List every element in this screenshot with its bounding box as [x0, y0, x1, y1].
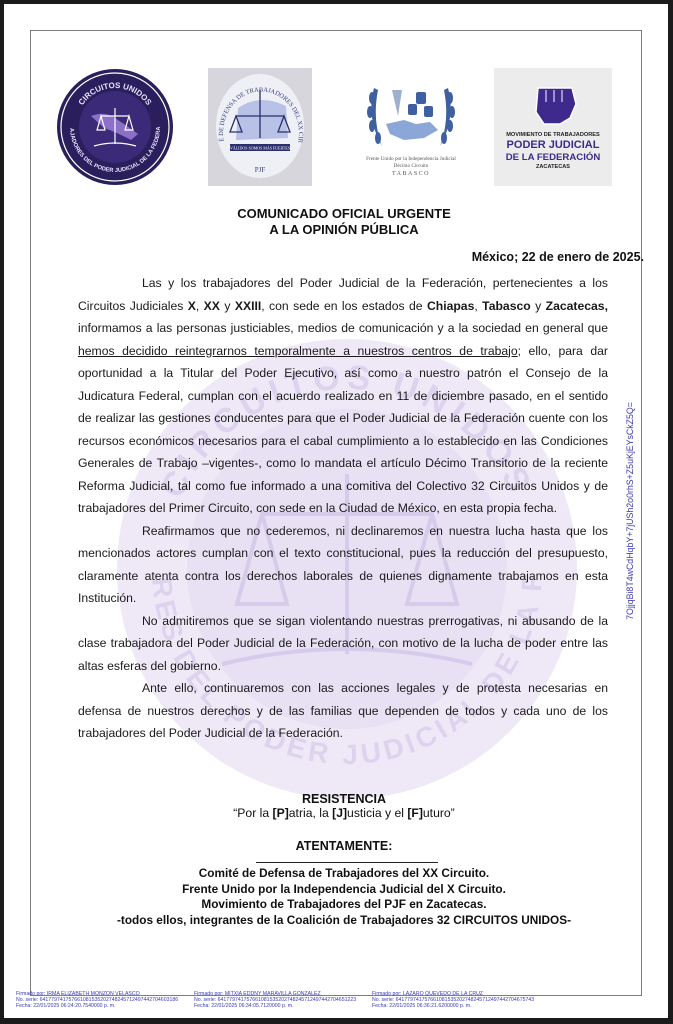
svg-text:VÁLIDOS SOMOS MÁS FUERTES: VÁLIDOS SOMOS MÁS FUERTES: [230, 146, 290, 151]
paragraph-4: Ante ello, continuaremos con las accione…: [78, 677, 608, 745]
regards-heading: ATENTAMENTE:: [4, 839, 673, 853]
document-date: México; 22 de enero de 2025.: [472, 250, 644, 264]
svg-text:MOVIMIENTO DE TRABAJADORES: MOVIMIENTO DE TRABAJADORES: [506, 132, 600, 138]
document-page: CIRCUITOS UNIDOS TRABAJADORES DEL PODER …: [4, 4, 668, 1018]
svg-text:Décimo Circuito: Décimo Circuito: [394, 163, 429, 169]
org-line: Comité de Defensa de Trabajadores del XX…: [4, 866, 673, 882]
title-line-1: COMUNICADO OFICIAL URGENTE: [4, 206, 673, 222]
header-logos: CIRCUITOS UNIDOS TRABAJADORES DEL PODER …: [4, 68, 668, 193]
org-line: Frente Unido por la Independencia Judici…: [4, 882, 673, 898]
svg-text:TABASCO: TABASCO: [392, 171, 430, 177]
paragraph-2: Reafirmamos que no cederemos, ni declina…: [78, 520, 608, 610]
org-line: -todos ellos, integrantes de la Coalició…: [4, 913, 673, 929]
resistance-heading: RESISTENCIA: [4, 792, 673, 806]
svg-text:DE LA FEDERACIÓN: DE LA FEDERACIÓN: [506, 151, 601, 163]
document-hash: 7OjjqBi8T4wCdHqbY+7jUSh2o0rhS+Z5uKjEYsCk…: [624, 396, 636, 626]
e-signature-2: Firmado por: MITXIA EDDNY MARAVILLA GONZ…: [194, 992, 356, 1009]
paragraph-1: Las y los trabajadores del Poder Judicia…: [78, 272, 608, 520]
svg-text:Frente Unido por la Independen: Frente Unido por la Independencia Judici…: [366, 156, 456, 162]
circuitos-unidos-logo: CIRCUITOS UNIDOS TRABAJADORES DEL PODER …: [56, 68, 174, 186]
movimiento-trabajadores-zacatecas-logo: MOVIMIENTO DE TRABAJADORES PODER JUDICIA…: [494, 68, 612, 186]
motto: “Por la [P]atria, la [J]usticia y el [F]…: [4, 806, 673, 820]
paragraph-3: No admitiremos que se sigan violentando …: [78, 610, 608, 678]
frente-unido-tabasco-logo: Frente Unido por la Independencia Judici…: [352, 68, 470, 190]
svg-text:ZACATECAS: ZACATECAS: [536, 164, 570, 170]
document-body: Las y los trabajadores del Poder Judicia…: [78, 272, 608, 745]
svg-text:PJF: PJF: [255, 166, 266, 174]
signing-organizations: Comité de Defensa de Trabajadores del XX…: [4, 866, 673, 928]
org-line: Movimiento de Trabajadores del PJF en Za…: [4, 897, 673, 913]
title-line-2: A LA OPINIÓN PÚBLICA: [4, 222, 673, 238]
svg-text:PODER JUDICIAL: PODER JUDICIAL: [507, 139, 600, 151]
e-signature-1: Firmado por: IRMA ELIZABETH MONZON VELAS…: [16, 992, 178, 1009]
e-signature-3: Firmado por: LAZARO QUEVEDO DE LA CRUZ N…: [372, 992, 534, 1009]
comite-defensa-xx-circuito-logo: COMITÉ DE DEFENSA DE TRABAJADORES DEL XX…: [208, 68, 312, 186]
underlined-statement: hemos decidido reintegrarnos temporalmen…: [78, 344, 518, 358]
signature-line: [256, 862, 438, 863]
